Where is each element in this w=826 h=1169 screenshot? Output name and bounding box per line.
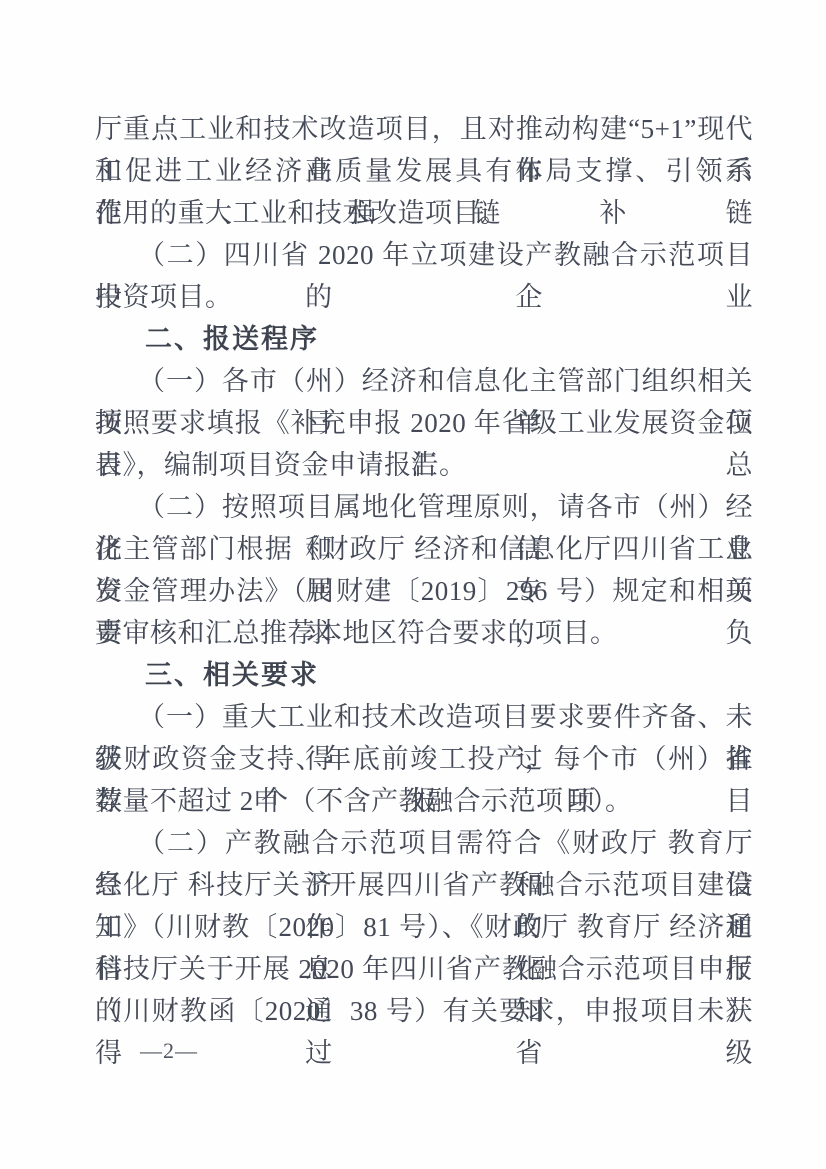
text-line: 知》（川财教〔2020〕81 号）、《财政厅 教育厅 经济和信息化厅 — [95, 906, 753, 948]
text-line: （一）各市（州）经济和信息化主管部门组织相关项目单位 — [95, 360, 753, 402]
text-line: 和促进工业经济高质量发展具有布局支撑、引领示范、强链补链 — [95, 150, 753, 192]
text-line: 级财政资金支持、年底前竣工投产，每个市（州）推荐申报项目 — [95, 738, 753, 780]
text-line: 息化厅 科技厅关于开展四川省产教融合示范项目建设工作的通 — [95, 864, 753, 906]
text-line: 按照要求填报《补充申报 2020 年省级工业发展资金项目汇总 — [95, 402, 753, 444]
text-line: （川财教函〔2020〕38 号）有关要求，申报项目未获得过省级 — [95, 990, 753, 1032]
text-line: （二）产教融合示范项目需符合《财政厅 教育厅 经济和信 — [95, 822, 753, 864]
section-heading: 二、报送程序 — [95, 318, 753, 360]
text-line: （二）按照项目属地化管理原则，请各市（州）经济和信息 — [95, 486, 753, 528]
section-heading: 三、相关要求 — [95, 654, 753, 696]
document-page: 厅重点工业和技术改造项目，且对推动构建“5+1”现代工业体系 和促进工业经济高质… — [0, 0, 826, 1169]
page-number: —2— — [140, 1036, 198, 1066]
text-line: 科技厅关于开展 2020 年四川省产教融合示范项目申报的通知》 — [95, 948, 753, 990]
text-line: （一）重大工业和技术改造项目要求要件齐备、未获得过省 — [95, 696, 753, 738]
document-body: 厅重点工业和技术改造项目，且对推动构建“5+1”现代工业体系 和促进工业经济高质… — [95, 108, 753, 1032]
text-line: 化主管部门根据《财政厅 经济和信息化厅四川省工业发展专项 — [95, 528, 753, 570]
text-line: 厅重点工业和技术改造项目，且对推动构建“5+1”现代工业体系 — [95, 108, 753, 150]
text-line: （二）四川省 2020 年立项建设产教融合示范项目中的企业 — [95, 234, 753, 276]
text-line: 资金管理办法》（川财建〔2019〕296 号）规定和相关要求，负 — [95, 570, 753, 612]
